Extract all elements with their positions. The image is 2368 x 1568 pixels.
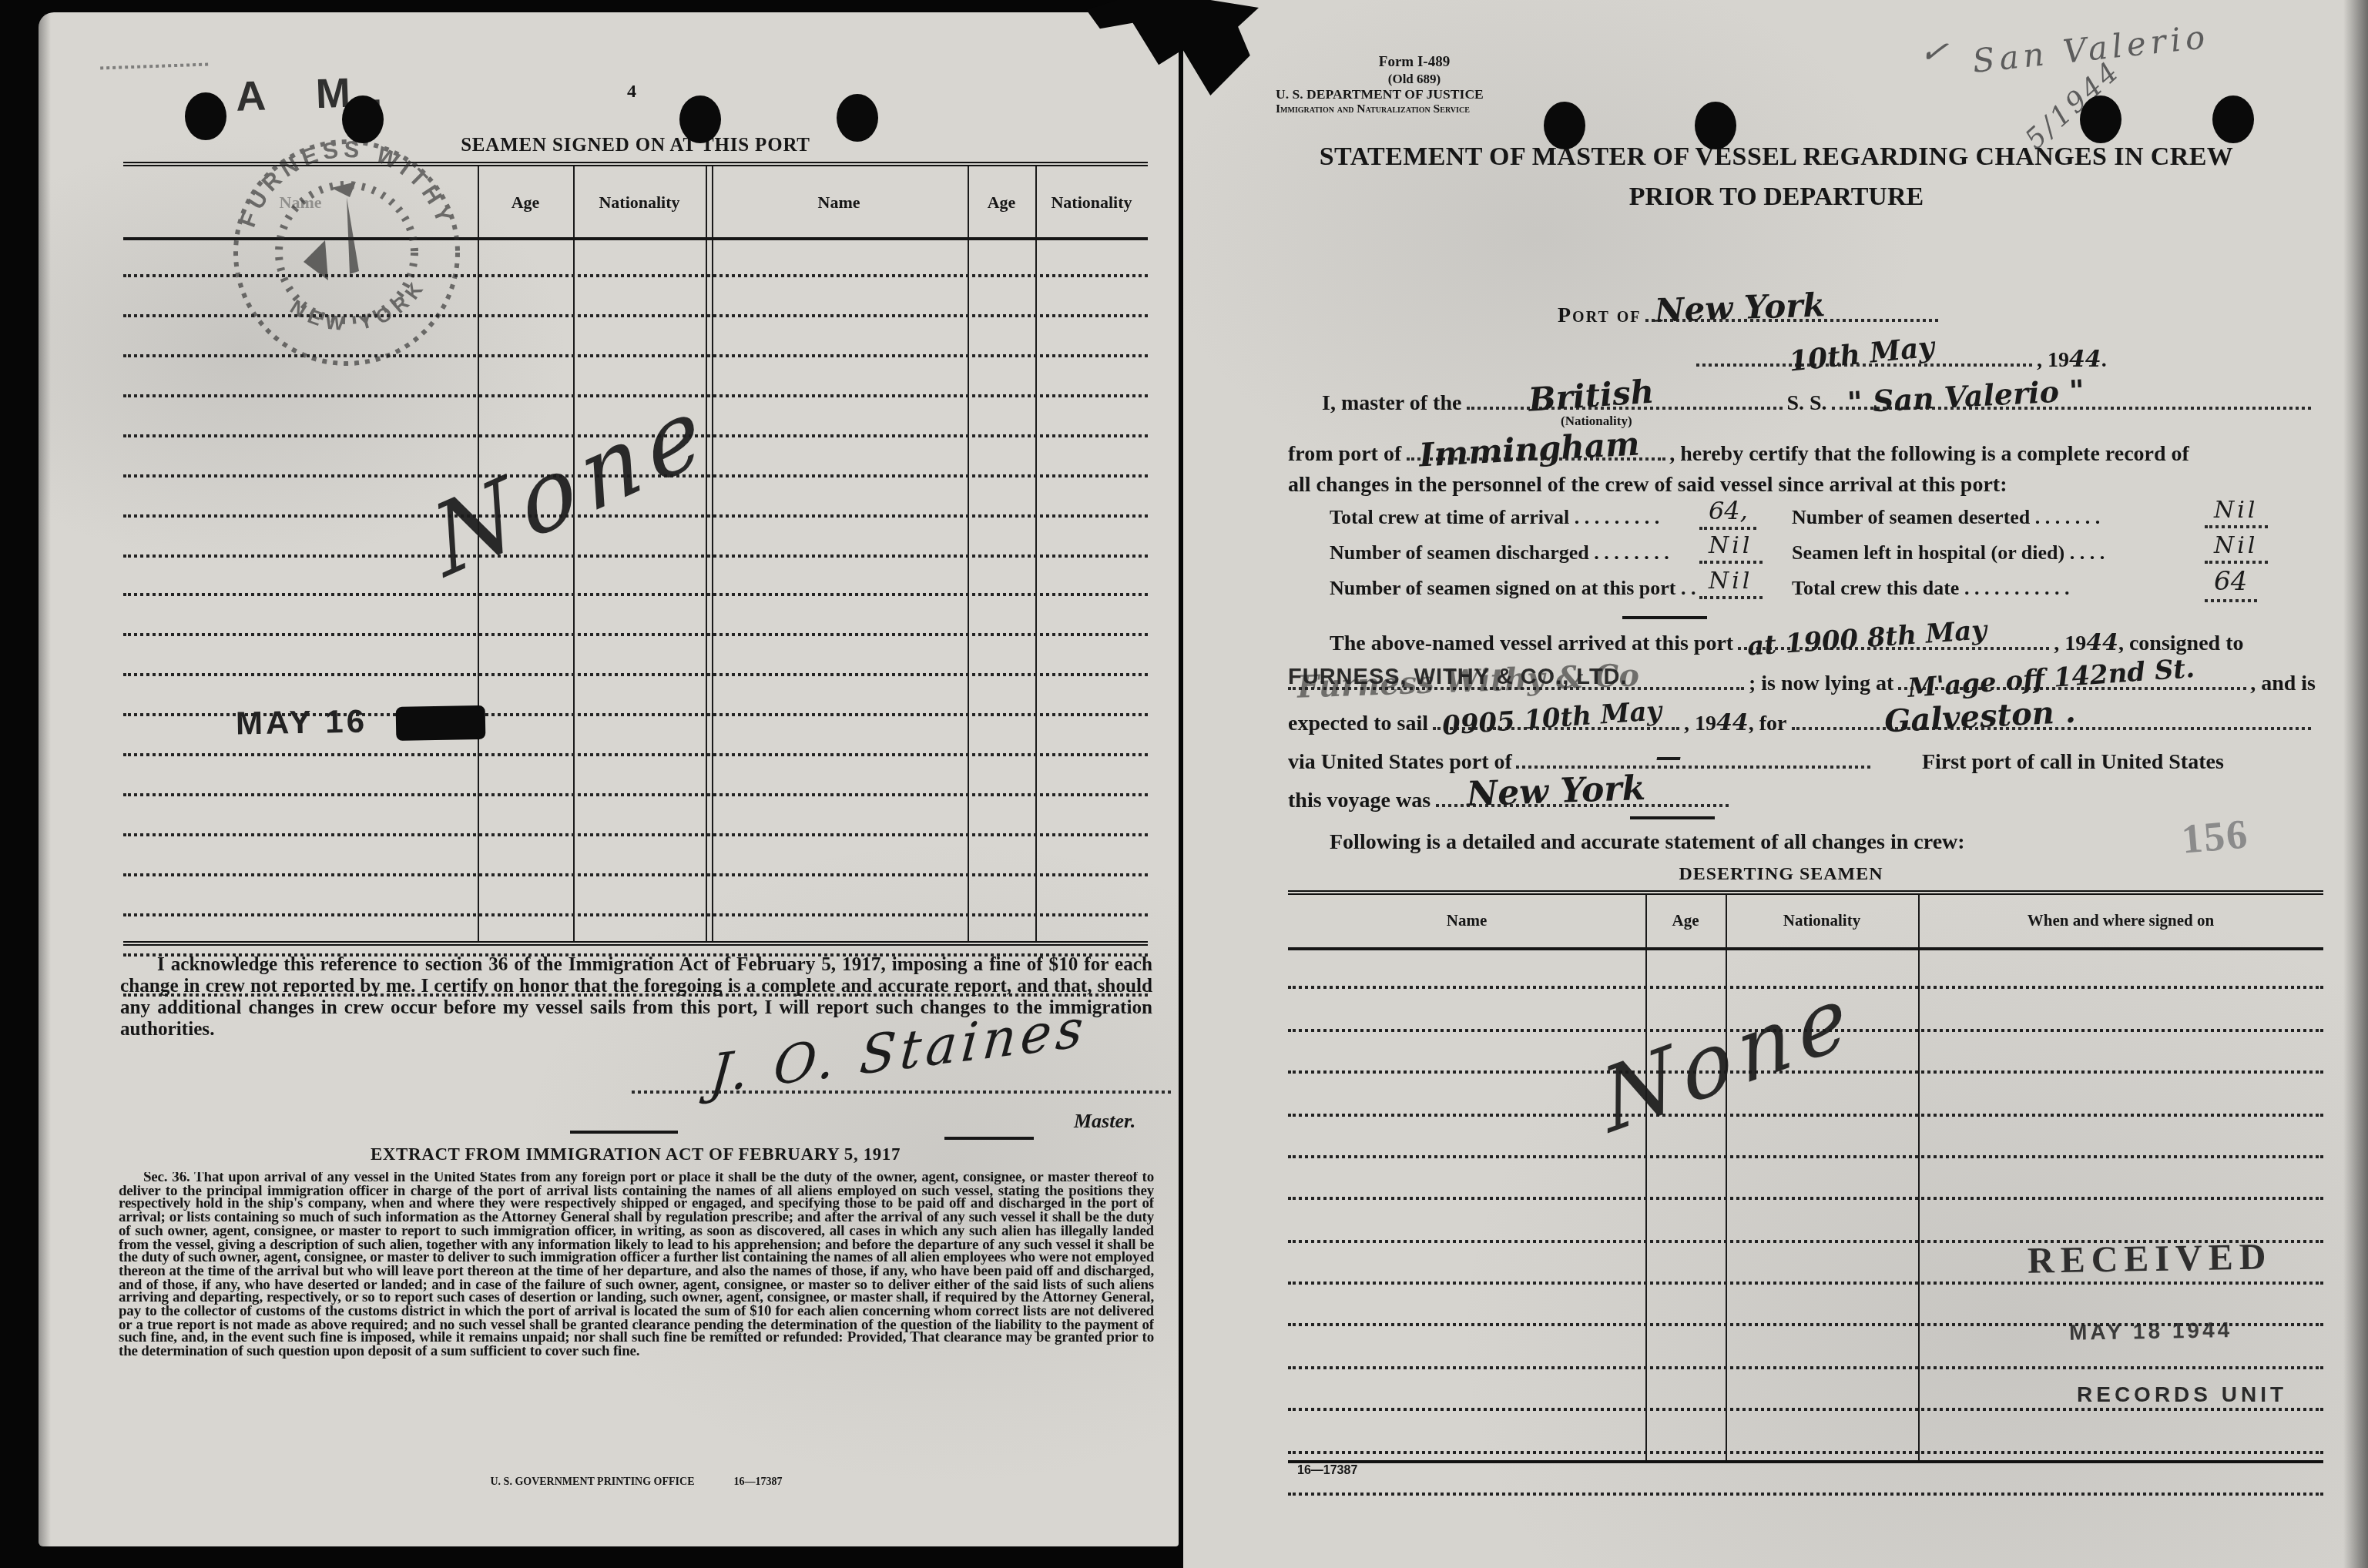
- round-stamp-line1: FURNESS WITHY: [235, 136, 458, 230]
- master-line: I, master of the British S. S. " San Val…: [1322, 385, 2316, 417]
- from-port-blank: Immingham: [1406, 436, 1665, 461]
- stat-value: Nil: [2205, 531, 2267, 564]
- punch-hole: [2080, 95, 2121, 143]
- from-port-label: from port of: [1288, 444, 1401, 468]
- nationality-value: British: [1527, 371, 1655, 418]
- stat-label: Number of seamen discharged . . . . . . …: [1330, 541, 1669, 565]
- consignee-line: Furness Withy & Co FURNESS, WITHY & CO.,…: [1288, 665, 2316, 698]
- form-id-block: Form I-489 (Old 689) U. S. DEPARTMENT OF…: [1276, 55, 1553, 116]
- lying-blank: M'age off 142nd St.: [1898, 665, 2246, 690]
- department-name: U. S. DEPARTMENT OF JUSTICE: [1276, 86, 1553, 102]
- punch-hole: [2212, 95, 2254, 143]
- year-suffix: .: [2101, 350, 2107, 374]
- via-line: via United States port of — First port o…: [1288, 744, 2316, 776]
- received-stamp: RECEIVED: [2028, 1238, 2272, 1284]
- column-header-nationality: Nationality: [1035, 194, 1148, 213]
- vessel-blank: " San Valerio ": [1832, 385, 2311, 410]
- printing-office-footer: U. S. GOVERNMENT PRINTING OFFICE 16—1738…: [119, 1476, 1154, 1488]
- consignee-stamp: FURNESS, WITHY & CO., LTD.: [1288, 665, 1628, 690]
- vessel-value: " San Valerio ": [1846, 374, 2085, 420]
- stat-value: 64: [2205, 567, 2256, 602]
- table-row: [1288, 1158, 2323, 1201]
- table-row: [123, 836, 1148, 876]
- left-page: 4 A M. SEAMEN SIGNED ON AT THIS PORT Nam…: [39, 12, 1179, 1546]
- stat-value: Nil: [1699, 531, 1762, 564]
- form-old-number: (Old 689): [1276, 71, 1553, 86]
- stat-label: Number of seamen signed on at this port …: [1330, 576, 1696, 601]
- deserting-seamen-table: Name Age Nationality When and where sign…: [1288, 890, 2323, 1463]
- column-header-name: Name: [710, 194, 968, 213]
- from-port-line: from port of Immingham , hereby certify …: [1288, 436, 2189, 468]
- may-16-date-stamp: MAY 16: [236, 705, 368, 744]
- table-row: [123, 916, 1148, 957]
- received-date-stamp: MAY 18 1944: [2069, 1317, 2233, 1345]
- column-header-age: Age: [968, 194, 1035, 213]
- stat-label: Seamen left in hospital (or died) . . . …: [1792, 541, 2105, 565]
- round-stamp-line2: NEW YORK: [287, 273, 431, 336]
- stat-value: Nil: [2205, 496, 2267, 528]
- stat-value: 64,: [1699, 496, 1757, 530]
- master-label: Master.: [1074, 1109, 1135, 1134]
- lying-suffix: , and is: [2250, 673, 2316, 698]
- arrival-year: 44: [2086, 628, 2118, 656]
- extract-heading: EXTRACT FROM IMMIGRATION ACT OF FEBRUARY…: [123, 1146, 1148, 1164]
- arrival-year-prefix: , 19: [2054, 633, 2086, 658]
- furness-withy-round-stamp: FURNESS WITHY NEW YORK: [223, 129, 470, 376]
- date-line: 10th May , 19 44 .: [1692, 342, 2107, 374]
- voyage-line: this voyage was New York: [1288, 782, 1732, 815]
- column-header-nationality: Nationality: [573, 194, 706, 213]
- ink-blot: [396, 705, 486, 741]
- stat-value: Nil: [1699, 567, 1762, 599]
- records-unit-stamp: RECORDS UNIT: [2077, 1382, 2287, 1406]
- via-value: —: [1655, 742, 1682, 773]
- svg-text:NEW YORK: NEW YORK: [287, 273, 431, 336]
- first-port-label: First port of call in United States: [1922, 752, 2224, 776]
- changes-text: all changes in the personnel of the crew…: [1288, 474, 2007, 499]
- date-value: 10th May: [1787, 331, 1936, 379]
- sail-value: 0905 10th May: [1441, 696, 1663, 742]
- table-row: [123, 637, 1148, 677]
- sail-for: , for: [1749, 713, 1787, 738]
- from-port-value: Immingham: [1417, 424, 1640, 474]
- port-line: Port of New York: [1558, 297, 1944, 330]
- port-label: Port of: [1558, 305, 1642, 330]
- port-value: New York: [1655, 285, 1826, 330]
- table-row: [123, 597, 1148, 637]
- page-number: 4: [616, 80, 647, 103]
- column-header-name: Name: [1288, 913, 1645, 930]
- sail-year: 44: [1716, 709, 1749, 736]
- sail-label: expected to sail: [1288, 713, 1428, 738]
- ss-label: S. S.: [1786, 393, 1826, 417]
- short-rule: [570, 1131, 678, 1134]
- port-blank: New York: [1646, 297, 1939, 322]
- punch-hole: [837, 94, 878, 142]
- voyage-label: this voyage was: [1288, 790, 1431, 815]
- year-prefix: , 19: [2037, 350, 2069, 374]
- punch-hole: [679, 95, 721, 143]
- form-title-line1: STATEMENT OF MASTER OF VESSEL REGARDING …: [1237, 142, 2316, 173]
- column-header-nationality: Nationality: [1726, 913, 1918, 930]
- footer-number: 16—17387: [734, 1476, 783, 1488]
- column-header-signed-on: When and where signed on: [1918, 913, 2323, 930]
- destination-blank: Galveston .: [1792, 705, 2312, 730]
- lying-label: ; is now lying at: [1749, 673, 1893, 698]
- extract-body: Sec. 36. That upon arrival of any vessel…: [119, 1172, 1154, 1477]
- master-prefix: I, master of the: [1322, 393, 1461, 417]
- table-row: [123, 557, 1148, 597]
- scanned-document: 4 A M. SEAMEN SIGNED ON AT THIS PORT Nam…: [0, 0, 2368, 1568]
- column-header-age: Age: [478, 194, 573, 213]
- arrival-line: The above-named vessel arrived at this p…: [1330, 625, 2244, 658]
- heading-rule: [944, 1137, 1034, 1140]
- table-row: [123, 517, 1148, 557]
- stat-label: Number of seamen deserted . . . . . . .: [1792, 505, 2100, 530]
- section-rule: [1622, 616, 1707, 619]
- pen-scribble: [100, 57, 208, 70]
- following-line: Following is a detailed and accurate sta…: [1330, 832, 1965, 856]
- table-row: [1288, 1116, 2323, 1158]
- sail-blank: 0905 10th May: [1433, 705, 1679, 730]
- table-row: [1288, 1201, 2323, 1243]
- table-header-row: Name Age Nationality When and where sign…: [1288, 895, 2323, 950]
- deserting-seamen-heading: DESERTING SEAMEN: [1288, 863, 2274, 886]
- crew-statistics: Total crew at time of arrival . . . . . …: [1330, 505, 2300, 613]
- stat-label: Total crew at time of arrival . . . . . …: [1330, 505, 1659, 530]
- footer-office: U. S. GOVERNMENT PRINTING OFFICE: [491, 1476, 695, 1488]
- table-row: [1288, 1411, 2323, 1453]
- annotation-checkmark: ✓: [1917, 32, 1950, 75]
- sail-year-prefix: , 19: [1684, 713, 1716, 738]
- section-rule: [1630, 816, 1715, 819]
- sail-line: expected to sail 0905 10th May , 19 44 ,…: [1288, 705, 2316, 738]
- following-text: Following is a detailed and accurate sta…: [1330, 832, 1965, 856]
- arrival-value: at 1900 8th May: [1746, 615, 1987, 663]
- date-stamp-text: MAY 16: [236, 705, 368, 742]
- voyage-value: New York: [1465, 769, 1645, 815]
- date-blank: 10th May: [1696, 342, 2032, 367]
- via-label: via United States port of: [1288, 752, 1512, 776]
- table-row: [123, 876, 1148, 916]
- form-footer-number: 16—17387: [1297, 1463, 1357, 1477]
- stat-label: Total crew this date . . . . . . . . . .…: [1792, 576, 2069, 601]
- form-number: Form I-489: [1276, 55, 1553, 71]
- punch-hole: [1544, 102, 1585, 149]
- right-page: Form I-489 (Old 689) U. S. DEPARTMENT OF…: [1183, 0, 2368, 1568]
- punch-hole: [342, 95, 384, 143]
- certify-text: , hereby certify that the following is a…: [1669, 444, 2189, 468]
- page-number-stamp: 156: [2179, 810, 2250, 863]
- service-name: Immigration and Naturalization Service: [1276, 102, 1553, 116]
- signature-line: [632, 1091, 1171, 1094]
- svg-text:FURNESS WITHY: FURNESS WITHY: [235, 136, 458, 230]
- changes-line: all changes in the personnel of the crew…: [1288, 474, 2007, 499]
- arrival-prefix: The above-named vessel arrived at this p…: [1330, 633, 1733, 658]
- form-title-line2: PRIOR TO DEPARTURE: [1237, 182, 2316, 213]
- year-value: 44: [2069, 345, 2101, 373]
- punch-hole: [1695, 102, 1736, 149]
- arrival-blank: at 1900 8th May: [1738, 625, 2049, 650]
- table-row: [123, 796, 1148, 836]
- punch-hole: [185, 92, 226, 140]
- table-row: [1288, 1453, 2323, 1496]
- via-blank: —: [1517, 744, 1871, 769]
- consignee-blank: Furness Withy & Co FURNESS, WITHY & CO.,…: [1288, 665, 1744, 690]
- table-row: [123, 756, 1148, 796]
- column-header-age: Age: [1645, 913, 1726, 930]
- voyage-blank: New York: [1435, 782, 1728, 807]
- nationality-blank: British: [1466, 385, 1782, 410]
